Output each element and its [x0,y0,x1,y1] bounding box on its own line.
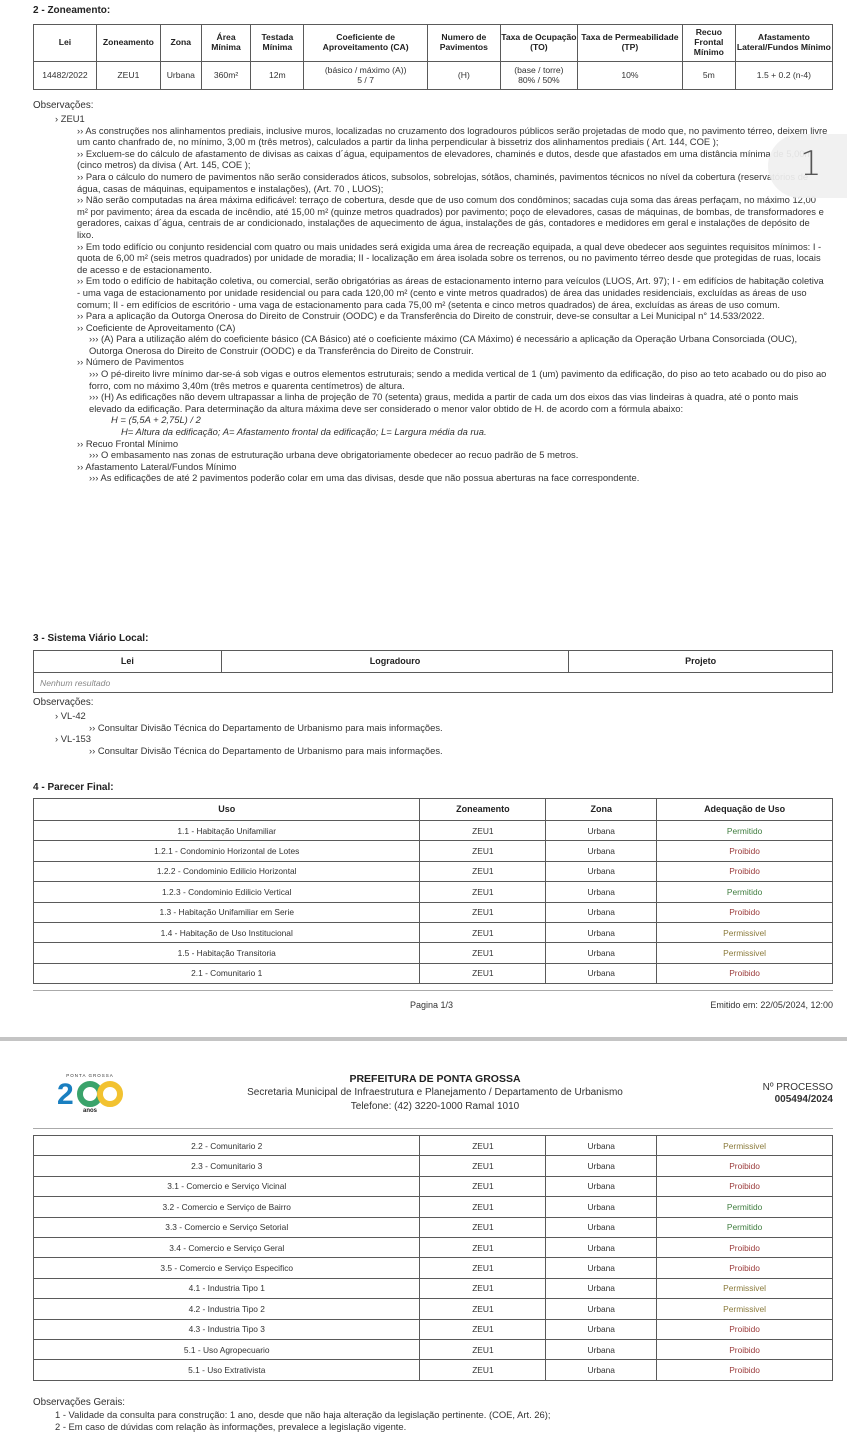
table-cell: 360m² [201,62,251,90]
svg-text:2: 2 [57,1078,74,1108]
table-cell: ZEU1 [420,841,546,861]
table-row: 1.2.3 - Condominio Edilicio VerticalZEU1… [34,882,833,902]
table-cell: 14482/2022 [34,62,97,90]
table-row: 3.4 - Comercio e Serviço GeralZEU1Urbana… [34,1237,833,1257]
table-row: 3.2 - Comercio e Serviço de BairroZEU1Ur… [34,1197,833,1217]
table-cell: ZEU1 [420,861,546,881]
table-row: 1.1 - Habitação UnifamiliarZEU1UrbanaPer… [34,821,833,841]
section-title-sistema-viario: 3 - Sistema Viário Local: [33,633,148,644]
table-row: 4.3 - Industria Tipo 3ZEU1UrbanaProibido [34,1319,833,1339]
observation-item: ›› Consultar Divisão Técnica do Departam… [33,745,828,757]
table-cell: Urbana [546,1339,657,1359]
table-cell: ZEU1 [420,882,546,902]
observation-item: ›› Em todo o edifício de habitação colet… [33,275,828,310]
table-row: 5.1 - Uso AgropecuarioZEU1UrbanaProibido [34,1339,833,1359]
header-phone: Telefone: (42) 3220-1000 Ramal 1010 [200,1100,670,1114]
table-cell: 3.2 - Comercio e Serviço de Bairro [34,1197,420,1217]
table-cell: 3.4 - Comercio e Serviço Geral [34,1237,420,1257]
table-cell: Urbana [546,1156,657,1176]
process-number: 005494/2024 [763,1094,833,1106]
section-title-parecer-final: 4 - Parecer Final: [33,782,114,793]
observation-item: ›› As construções nos alinhamentos predi… [33,125,828,148]
column-header: Projeto [569,651,833,673]
table-cell: 2.2 - Comunitario 2 [34,1136,420,1156]
column-header: Uso [34,799,420,821]
status-cell: Proibido [657,1339,833,1359]
footer-divider [33,990,833,991]
table-cell: Urbana [546,963,657,983]
status-cell: Proibido [657,1319,833,1339]
status-cell: Permissivel [657,1278,833,1298]
table-row: 14482/2022ZEU1Urbana360m²12m(básico / má… [34,62,833,90]
table-cell: ZEU1 [420,1319,546,1339]
table-cell: ZEU1 [420,1237,546,1257]
logo-200-icon: 2 [55,1078,125,1108]
status-cell: Proibido [657,963,833,983]
table-row: 1.2.1 - Condominio Horizontal de LotesZE… [34,841,833,861]
observations-label: Observações: [33,100,93,111]
table-cell: 1.4 - Habitação de Uso Institucional [34,922,420,942]
table-cell: ZEU1 [420,1176,546,1196]
table-cell: 1.1 - Habitação Unifamiliar [34,821,420,841]
table-cell: 2.3 - Comunitario 3 [34,1156,420,1176]
header-title: PREFEITURA DE PONTA GROSSA [200,1072,670,1086]
general-observations: 1 - Validade da consulta para construção… [33,1409,828,1432]
table-cell: ZEU1 [420,902,546,922]
general-observations-label: Observações Gerais: [33,1397,125,1408]
table-row: 4.1 - Industria Tipo 1ZEU1UrbanaPermissi… [34,1278,833,1298]
table-cell: 3.3 - Comercio e Serviço Setorial [34,1217,420,1237]
document-header: PREFEITURA DE PONTA GROSSA Secretaria Mu… [200,1072,670,1114]
parecer-table-page1: UsoZoneamentoZonaAdequação de Uso 1.1 - … [33,798,833,984]
table-row: 1.5 - Habitação TransitoriaZEU1UrbanaPer… [34,943,833,963]
table-cell: Urbana [546,943,657,963]
table-row: 2.3 - Comunitario 3ZEU1UrbanaProibido [34,1156,833,1176]
observation-item: ›› Não serão computadas na área máxima e… [33,194,828,240]
table-cell: 1.3 - Habitação Unifamiliar em Serie [34,902,420,922]
column-header: Numero de Pavimentos [427,25,500,62]
table-cell: 1.2.2 - Condominio Edilicio Horizontal [34,861,420,881]
status-cell: Proibido [657,841,833,861]
status-cell: Permissivel [657,1299,833,1319]
table-cell: 4.2 - Industria Tipo 2 [34,1299,420,1319]
table-cell: 2.1 - Comunitario 1 [34,963,420,983]
table-cell: 12m [251,62,304,90]
table-cell: Urbana [546,1278,657,1298]
table-cell: ZEU1 [420,963,546,983]
column-header: Taxa de Ocupação (TO) [500,25,577,62]
table-row: 3.3 - Comercio e Serviço SetorialZEU1Urb… [34,1217,833,1237]
status-cell: Permitido [657,821,833,841]
column-header: Adequação de Uso [657,799,833,821]
observation-item: ›› Excluem-se do cálculo de afastamento … [33,148,828,171]
table-row: 3.5 - Comercio e Serviço EspecificoZEU1U… [34,1258,833,1278]
column-header: Área Mínima [201,25,251,62]
table-row: 1.3 - Habitação Unifamiliar em SerieZEU1… [34,902,833,922]
table-cell: 1.2.1 - Condominio Horizontal de Lotes [34,841,420,861]
table-row: 3.1 - Comercio e Serviço VicinalZEU1Urba… [34,1176,833,1196]
table-cell: Urbana [546,1360,657,1380]
general-observation-item: 2 - Em caso de dúvidas com relação às in… [33,1421,828,1433]
observation-item: › ZEU1 [33,113,828,125]
observation-item: ›› Consultar Divisão Técnica do Departam… [33,722,828,734]
status-cell: Proibido [657,1360,833,1380]
observation-item: H = (5,5A + 2,75L) / 2 [33,414,828,426]
header-subtitle: Secretaria Municipal de Infraestrutura e… [200,1086,670,1100]
section-title-zoneamento: 2 - Zoneamento: [33,5,110,16]
observation-item: ›› Para o cálculo do numero de pavimento… [33,171,828,194]
column-header: Recuo Frontal Mínimo [682,25,735,62]
observation-item: ››› (A) Para a utilização além do coefic… [33,333,828,356]
zoneamento-observations: › ZEU1›› As construções nos alinhamentos… [33,113,828,484]
general-observation-item: 1 - Validade da consulta para construção… [33,1409,828,1421]
table-cell: Urbana [546,1197,657,1217]
table-cell: 10% [578,62,683,90]
observation-item: ›› Afastamento Lateral/Fundos Mínimo [33,461,828,473]
column-header: Testada Mínima [251,25,304,62]
status-cell: Proibido [657,1237,833,1257]
table-cell: ZEU1 [420,1360,546,1380]
table-cell: Urbana [546,861,657,881]
table-cell: 1.5 - Habitação Transitoria [34,943,420,963]
table-cell: ZEU1 [96,62,160,90]
table-row: 1.2.2 - Condominio Edilicio HorizontalZE… [34,861,833,881]
zoneamento-table: LeiZoneamentoZonaÁrea MínimaTestada Míni… [33,24,833,90]
table-cell: Urbana [546,1319,657,1339]
viario-observations: › VL-42›› Consultar Divisão Técnica do D… [33,710,828,756]
observation-item: ››› O embasamento nas zonas de estrutura… [33,449,828,461]
column-header: Zona [546,799,657,821]
status-cell: Permitido [657,1197,833,1217]
table-cell: Urbana [546,882,657,902]
observation-item: ›› Para a aplicação da Outorga Onerosa d… [33,310,828,322]
table-cell: 3.1 - Comercio e Serviço Vicinal [34,1176,420,1196]
table-cell: (base / torre)80% / 50% [500,62,577,90]
table-cell: ZEU1 [420,1278,546,1298]
process-label: Nº PROCESSO [763,1082,833,1094]
page-number: Pagina 1/3 [410,1000,453,1010]
table-row: 4.2 - Industria Tipo 2ZEU1UrbanaPermissi… [34,1299,833,1319]
column-header: Afastamento Lateral/Fundos Mínimo [735,25,832,62]
observation-item: ›› Número de Pavimentos [33,356,828,368]
table-cell: Urbana [546,902,657,922]
table-cell: Urbana [546,1299,657,1319]
page-counter-text: 1 [800,144,822,184]
page-break [0,1037,847,1041]
page-counter-badge: 1 [768,134,847,198]
observations-label: Observações: [33,697,93,708]
column-header: Logradouro [221,651,569,673]
column-header: Zoneamento [420,799,546,821]
table-cell: (básico / máximo (A))5 / 7 [304,62,428,90]
status-cell: Permitido [657,1217,833,1237]
table-cell: (H) [427,62,500,90]
observation-item: › VL-153 [33,733,828,745]
table-cell: 5.1 - Uso Extrativista [34,1360,420,1380]
table-cell: ZEU1 [420,922,546,942]
table-cell: ZEU1 [420,1339,546,1359]
table-cell: Urbana [546,841,657,861]
table-cell: Urbana [546,1258,657,1278]
logo-ponta-grossa-200-anos: PONTA GROSSA 2 anos [55,1073,125,1123]
status-cell: Permissivel [657,922,833,942]
logo-bottom-text: anos [55,1108,125,1114]
table-row: 2.1 - Comunitario 1ZEU1UrbanaProibido [34,963,833,983]
status-cell: Proibido [657,902,833,922]
table-cell: Urbana [546,1136,657,1156]
observation-item: ››› O pé-direito livre mínimo dar-se-á s… [33,368,828,391]
sistema-viario-table: LeiLogradouroProjeto Nenhum resultado [33,650,833,693]
column-header: Zona [160,25,201,62]
table-cell: Urbana [546,922,657,942]
table-cell: 5m [682,62,735,90]
table-cell: 3.5 - Comercio e Serviço Especifico [34,1258,420,1278]
column-header: Zoneamento [96,25,160,62]
status-cell: Proibido [657,861,833,881]
status-cell: Permissivel [657,1136,833,1156]
table-row: 2.2 - Comunitario 2ZEU1UrbanaPermissivel [34,1136,833,1156]
table-cell: ZEU1 [420,821,546,841]
status-cell: Proibido [657,1176,833,1196]
table-cell: Urbana [546,1217,657,1237]
status-cell: Proibido [657,1258,833,1278]
emitted-date: Emitido em: 22/05/2024, 12:00 [710,1000,833,1010]
column-header: Lei [34,651,222,673]
status-cell: Proibido [657,1156,833,1176]
table-cell: 4.1 - Industria Tipo 1 [34,1278,420,1298]
observation-item: ›› Em todo edifício ou conjunto residenc… [33,241,828,276]
table-cell: Urbana [546,1176,657,1196]
table-cell: ZEU1 [420,943,546,963]
status-cell: Permissivel [657,943,833,963]
table-cell: ZEU1 [420,1197,546,1217]
table-cell: Urbana [160,62,201,90]
observation-item: ››› (H) As edificações não devem ultrapa… [33,391,828,414]
table-cell: 1.5 + 0.2 (n-4) [735,62,832,90]
status-cell: Permitido [657,882,833,902]
table-cell: 1.2.3 - Condominio Edilicio Vertical [34,882,420,902]
empty-result: Nenhum resultado [34,673,833,693]
table-cell: Urbana [546,821,657,841]
table-row: 1.4 - Habitação de Uso InstitucionalZEU1… [34,922,833,942]
observation-item: › VL-42 [33,710,828,722]
column-header: Coeficiente de Aproveitamento (CA) [304,25,428,62]
observation-item: H= Altura da edificação; A= Afastamento … [33,426,828,438]
table-cell: ZEU1 [420,1299,546,1319]
process-info: Nº PROCESSO 005494/2024 [763,1082,833,1106]
column-header: Taxa de Permeabilidade (TP) [578,25,683,62]
table-row: 5.1 - Uso ExtrativistaZEU1UrbanaProibido [34,1360,833,1380]
table-cell: Urbana [546,1237,657,1257]
observation-item: ››› As edificações de até 2 pavimentos p… [33,472,828,484]
table-cell: ZEU1 [420,1258,546,1278]
table-cell: 4.3 - Industria Tipo 3 [34,1319,420,1339]
header-divider [33,1128,833,1129]
parecer-table-page2: 2.2 - Comunitario 2ZEU1UrbanaPermissivel… [33,1135,833,1381]
observation-item: ›› Coeficiente de Aproveitamento (CA) [33,322,828,334]
table-cell: ZEU1 [420,1156,546,1176]
table-cell: ZEU1 [420,1217,546,1237]
table-cell: 5.1 - Uso Agropecuario [34,1339,420,1359]
table-cell: ZEU1 [420,1136,546,1156]
column-header: Lei [34,25,97,62]
observation-item: ›› Recuo Frontal Mínimo [33,438,828,450]
